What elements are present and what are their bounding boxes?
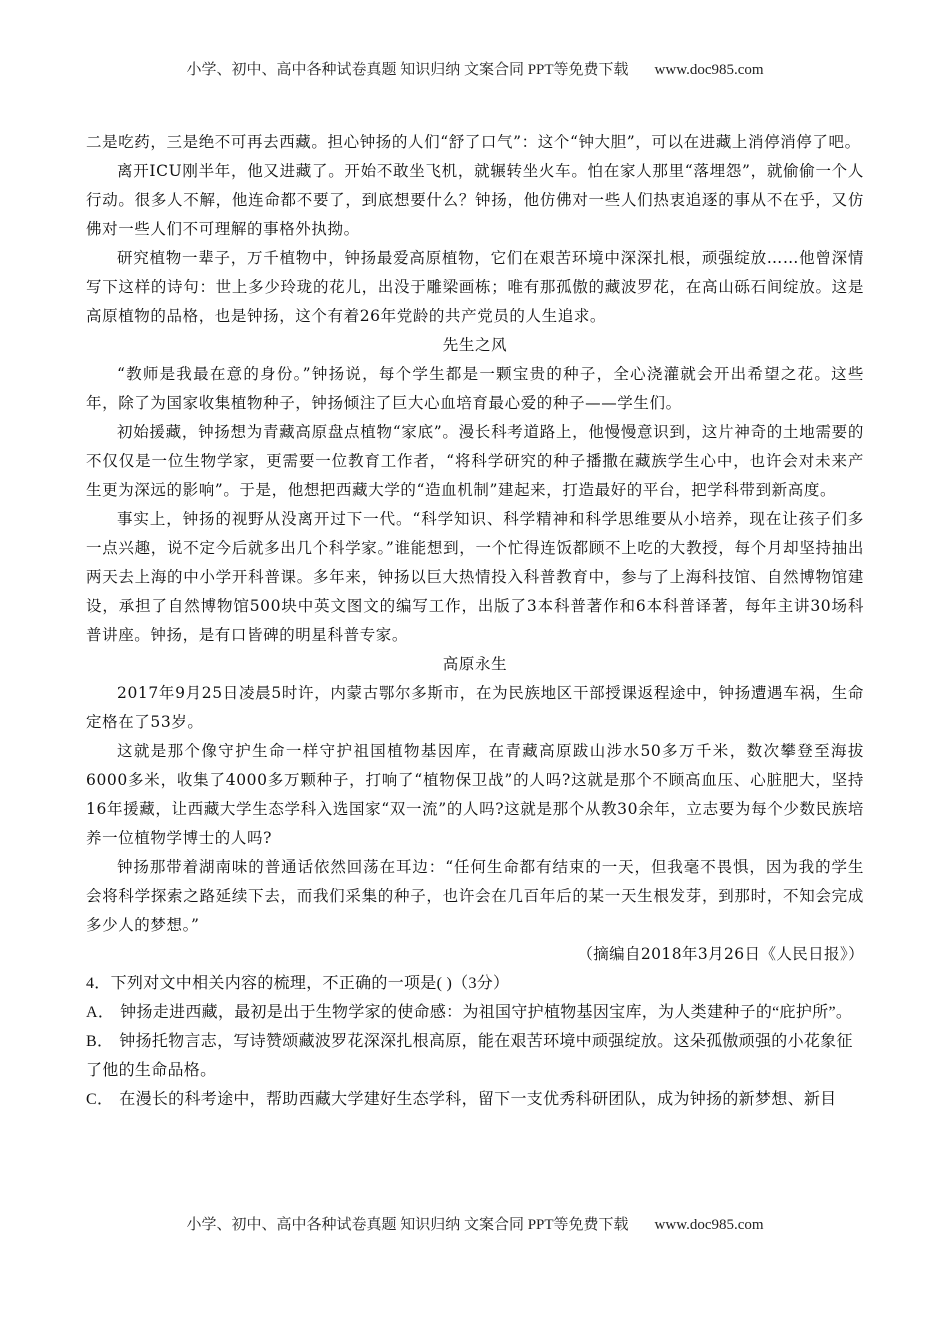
paragraph: 初始援藏，钟扬想为青藏高原盘点植物“家底”。漫长科考道路上，他慢慢意识到，这片神… bbox=[86, 418, 864, 505]
question-stem: 4．下列对文中相关内容的梳理，不正确的一项是( )（3分） bbox=[86, 969, 864, 998]
footer-text: 小学、初中、高中各种试卷真题 知识归纳 文案合同 PPT等免费下载 bbox=[186, 1217, 628, 1233]
paragraph: 2017年9月25日凌晨5时许，内蒙古鄂尔多斯市，在为民族地区干部授课返程途中，… bbox=[86, 679, 864, 737]
option-c: C．在漫长的科考途中，帮助西藏大学建好生态学科，留下一支优秀科研团队，成为钟扬的… bbox=[86, 1085, 864, 1114]
paragraph: “教师是我最在意的身份。”钟扬说，每个学生都是一颗宝贵的种子，全心浇灌就会开出希… bbox=[86, 360, 864, 418]
page-header: 小学、初中、高中各种试卷真题 知识归纳 文案合同 PPT等免费下载www.doc… bbox=[0, 58, 950, 79]
paragraph: 事实上，钟扬的视野从没离开过下一代。“科学知识、科学精神和科学思维要从小培养，现… bbox=[86, 505, 864, 650]
option-text: 钟扬走进西藏，最初是出于生物学家的使命感：为祖国守护植物基因宝库，为人类建种子的… bbox=[120, 1004, 852, 1021]
option-label: C． bbox=[86, 1091, 113, 1108]
document-body: 二是吃药，三是绝不可再去西藏。担心钟扬的人们“舒了口气”：这个“钟大胆”，可以在… bbox=[86, 128, 864, 1114]
paragraph: 二是吃药，三是绝不可再去西藏。担心钟扬的人们“舒了口气”：这个“钟大胆”，可以在… bbox=[86, 128, 864, 157]
section-title: 高原永生 bbox=[86, 650, 864, 679]
page-footer: 小学、初中、高中各种试卷真题 知识归纳 文案合同 PPT等免费下载www.doc… bbox=[0, 1213, 950, 1234]
option-label: A． bbox=[86, 1004, 114, 1021]
source-citation: （摘编自2018年3月26日《人民日报》） bbox=[86, 940, 864, 969]
footer-url[interactable]: www.doc985.com bbox=[655, 1217, 764, 1233]
paragraph: 钟扬那带着湖南味的普通话依然回荡在耳边：“任何生命都有结束的一天，但我毫不畏惧，… bbox=[86, 853, 864, 940]
option-text: 在漫长的科考途中，帮助西藏大学建好生态学科，留下一支优秀科研团队，成为钟扬的新梦… bbox=[119, 1091, 836, 1108]
option-a: A．钟扬走进西藏，最初是出于生物学家的使命感：为祖国守护植物基因宝库，为人类建种… bbox=[86, 998, 864, 1027]
option-label: B． bbox=[86, 1033, 113, 1050]
option-b: B．钟扬托物言志，写诗赞颂藏波罗花深深扎根高原，能在艰苦环境中顽强绽放。这朵孤傲… bbox=[86, 1027, 864, 1085]
paragraph: 这就是那个像守护生命一样守护祖国植物基因库，在青藏高原跋山涉水50多万千米，数次… bbox=[86, 737, 864, 853]
paragraph: 离开ICU刚半年，他又进藏了。开始不敢坐飞机，就辗转坐火车。怕在家人那里“落埋怨… bbox=[86, 157, 864, 244]
section-title: 先生之风 bbox=[86, 331, 864, 360]
header-text: 小学、初中、高中各种试卷真题 知识归纳 文案合同 PPT等免费下载 bbox=[186, 62, 628, 78]
paragraph: 研究植物一辈子，万千植物中，钟扬最爱高原植物，它们在艰苦环境中深深扎根，顽强绽放… bbox=[86, 244, 864, 331]
header-url[interactable]: www.doc985.com bbox=[655, 62, 764, 78]
option-text: 钟扬托物言志，写诗赞颂藏波罗花深深扎根高原，能在艰苦环境中顽强绽放。这朵孤傲顽强… bbox=[86, 1033, 853, 1079]
